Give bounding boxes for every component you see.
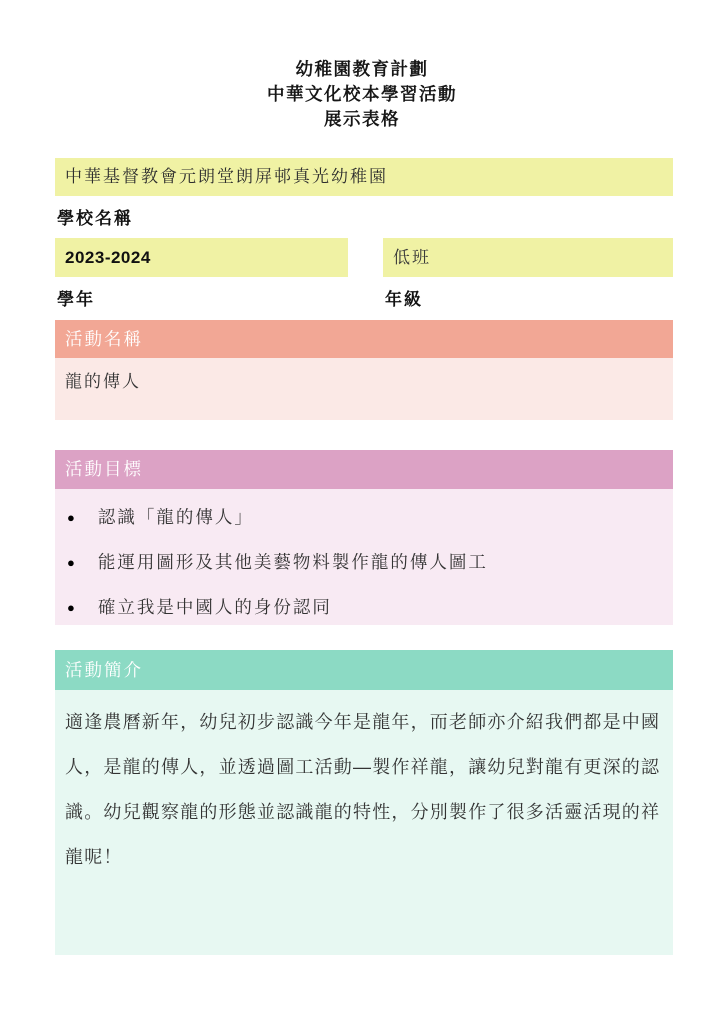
document-page: 幼稚園教育計劃 中華文化校本學習活動 展示表格 中華基督教會元朗堂朗屏邨真光幼稚… — [0, 0, 724, 1024]
bullet-icon: ● — [67, 505, 77, 531]
school-name-value: 中華基督教會元朗堂朗屏邨真光幼稚園 — [55, 158, 673, 196]
school-year-value: 2023-2024 — [55, 238, 348, 277]
bullet-icon: ● — [67, 595, 77, 621]
page-title-line1: 幼稚園教育計劃 — [0, 57, 724, 82]
activity-intro-paragraph: 適逢農曆新年，幼兒初步認識今年是龍年，而老師亦介紹我們都是中國 人，是龍的傳人，… — [55, 690, 673, 955]
goal-item-text: 認識「龍的傳人」 — [98, 507, 254, 527]
goal-item-text: 能運用圖形及其他美藝物料製作龍的傳人圖工 — [98, 552, 488, 572]
goal-item-text: 確立我是中國人的身份認同 — [98, 597, 332, 617]
intro-paragraph-line: 適逢農曆新年，幼兒初步認識今年是龍年，而老師亦介紹我們都是中國 — [65, 700, 663, 745]
school-year-label: 學年 — [57, 285, 95, 310]
page-title: 幼稚園教育計劃 中華文化校本學習活動 展示表格 — [0, 57, 724, 132]
goal-item: ●確立我是中國人的身份認同 — [67, 594, 663, 620]
activity-name-value: 龍的傳人 — [55, 358, 673, 420]
grade-value: 低班 — [383, 238, 673, 277]
intro-paragraph-line: 識。幼兒觀察龍的形態並認識龍的特性，分別製作了很多活靈活現的祥 — [65, 790, 663, 835]
goal-item: ●能運用圖形及其他美藝物料製作龍的傳人圖工 — [67, 549, 663, 575]
bullet-icon: ● — [67, 550, 77, 576]
activity-intro-header: 活動簡介 — [55, 650, 673, 690]
intro-paragraph-line: 人，是龍的傳人，並透過圖工活動—製作祥龍，讓幼兒對龍有更深的認 — [65, 745, 663, 790]
activity-goals-list: ●認識「龍的傳人」 ●能運用圖形及其他美藝物料製作龍的傳人圖工 ●確立我是中國人… — [55, 489, 673, 625]
activity-name-header: 活動名稱 — [55, 320, 673, 358]
page-title-line3: 展示表格 — [0, 107, 724, 132]
activity-goals-header: 活動目標 — [55, 450, 673, 489]
intro-paragraph-line: 龍呢！ — [65, 835, 663, 880]
page-title-line2: 中華文化校本學習活動 — [0, 82, 724, 107]
grade-label: 年級 — [385, 285, 423, 310]
goal-item: ●認識「龍的傳人」 — [67, 504, 663, 530]
school-name-label: 學校名稱 — [57, 204, 133, 229]
